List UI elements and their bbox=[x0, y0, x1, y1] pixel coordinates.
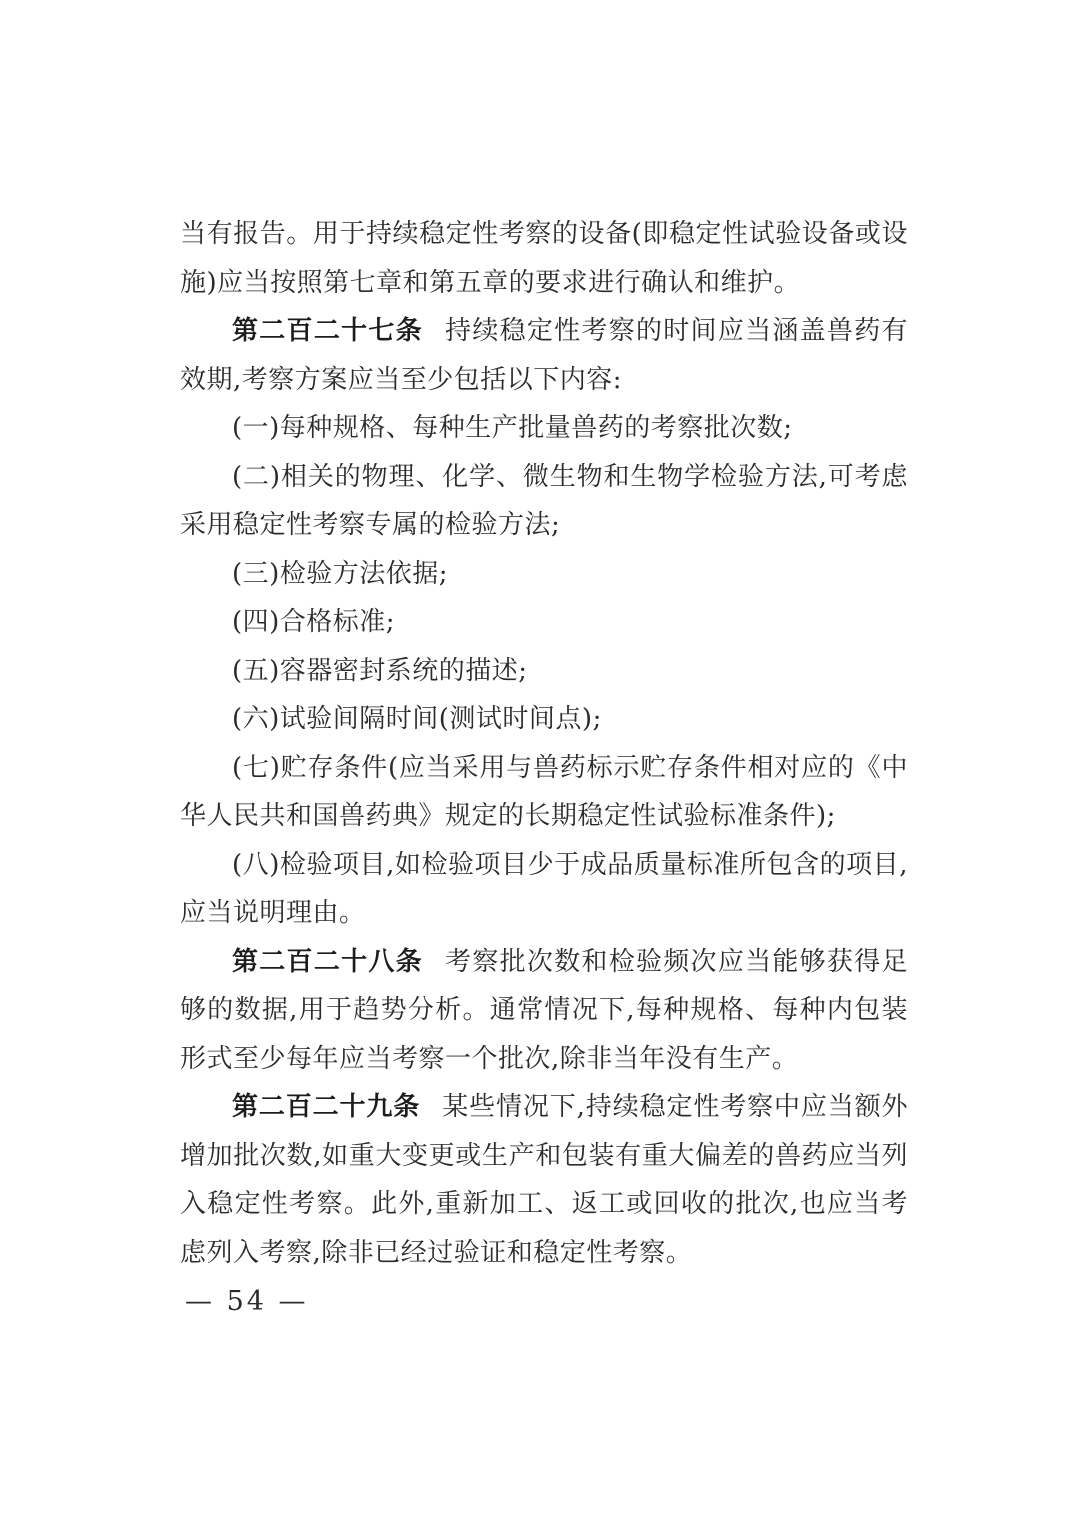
list-item-8-text: (八)检验项目,如检验项目少于成品质量标准所包含的项目,应当说明理由。 bbox=[180, 850, 908, 929]
list-item-7: (七)贮存条件(应当采用与兽药标示贮存条件相对应的《中华人民共和国兽药典》规定的… bbox=[180, 744, 908, 841]
paragraph-text: 当有报告。用于持续稳定性考察的设备(即稳定性试验设备或设施)应当按照第七章和第五… bbox=[180, 219, 908, 298]
list-item-5: (五)容器密封系统的描述; bbox=[180, 647, 908, 696]
list-item-3-text: (三)检验方法依据; bbox=[232, 559, 448, 589]
article-228-number: 第二百二十八条 bbox=[232, 947, 423, 977]
list-item-6: (六)试验间隔时间(测试时间点); bbox=[180, 695, 908, 744]
list-item-4: (四)合格标准; bbox=[180, 598, 908, 647]
list-item-1-text: (一)每种规格、每种生产批量兽药的考察批次数; bbox=[232, 413, 793, 443]
article-229-number: 第二百二十九条 bbox=[232, 1092, 420, 1122]
list-item-3: (三)检验方法依据; bbox=[180, 550, 908, 599]
article-227: 第二百二十七条持续稳定性考察的时间应当涵盖兽药有效期,考察方案应当至少包括以下内… bbox=[180, 307, 908, 404]
list-item-2: (二)相关的物理、化学、微生物和生物学检验方法,可考虑采用稳定性考察专属的检验方… bbox=[180, 453, 908, 550]
list-item-1: (一)每种规格、每种生产批量兽药的考察批次数; bbox=[180, 404, 908, 453]
article-228: 第二百二十八条考察批次数和检验频次应当能够获得足够的数据,用于趋势分析。通常情况… bbox=[180, 938, 908, 1084]
list-item-2-text: (二)相关的物理、化学、微生物和生物学检验方法,可考虑采用稳定性考察专属的检验方… bbox=[180, 462, 908, 541]
paragraph-continuation: 当有报告。用于持续稳定性考察的设备(即稳定性试验设备或设施)应当按照第七章和第五… bbox=[180, 210, 908, 307]
document-body: 当有报告。用于持续稳定性考察的设备(即稳定性试验设备或设施)应当按照第七章和第五… bbox=[180, 210, 908, 1277]
document-page: 当有报告。用于持续稳定性考察的设备(即稳定性试验设备或设施)应当按照第七章和第五… bbox=[0, 0, 1080, 1529]
page-number: — 54 — bbox=[185, 1286, 309, 1317]
list-item-8: (八)检验项目,如检验项目少于成品质量标准所包含的项目,应当说明理由。 bbox=[180, 841, 908, 938]
list-item-7-text: (七)贮存条件(应当采用与兽药标示贮存条件相对应的《中华人民共和国兽药典》规定的… bbox=[180, 753, 908, 832]
list-item-6-text: (六)试验间隔时间(测试时间点); bbox=[232, 704, 602, 734]
list-item-5-text: (五)容器密封系统的描述; bbox=[232, 656, 528, 686]
article-229: 第二百二十九条某些情况下,持续稳定性考察中应当额外增加批次数,如重大变更或生产和… bbox=[180, 1083, 908, 1277]
list-item-4-text: (四)合格标准; bbox=[232, 607, 395, 637]
article-227-number: 第二百二十七条 bbox=[232, 316, 423, 346]
